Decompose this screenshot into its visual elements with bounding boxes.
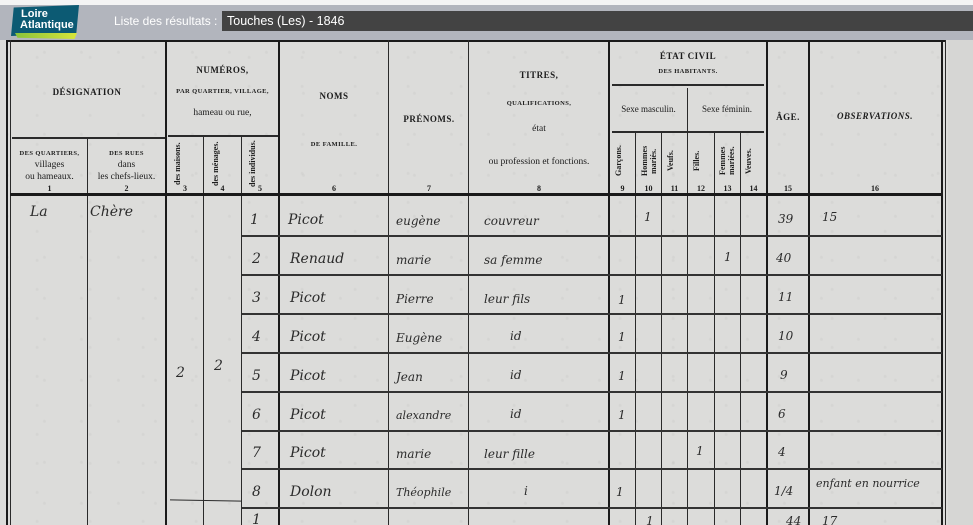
col-line <box>278 40 280 525</box>
col-line <box>87 139 88 525</box>
header-titres: TITRES, <box>470 70 608 80</box>
header-des-quartiers: DES QUARTIERS, <box>12 150 87 157</box>
cell-titre: id <box>510 407 522 421</box>
cell-age: 39 <box>778 212 793 226</box>
col-number: 9 <box>610 184 635 193</box>
col-number: 1 <box>12 184 87 193</box>
brace-line <box>12 137 165 139</box>
cell-observation: 15 <box>822 210 837 224</box>
logo-text-line2: Atlantique <box>20 20 74 31</box>
row-rule <box>242 313 942 315</box>
cell-homme-marie: 1 <box>646 514 654 525</box>
cell-individu-no: 6 <box>252 407 261 423</box>
cell-maison-no: 2 <box>176 365 185 381</box>
cell-garcon: 1 <box>618 293 626 307</box>
brace-line <box>612 131 764 133</box>
cell-fille: 1 <box>696 444 704 458</box>
cell-garcon: 1 <box>618 369 626 383</box>
header-par-quartier: PAR QUARTIER, VILLAGE, <box>167 88 278 95</box>
logo-green-swoosh <box>15 33 77 39</box>
cell-prenom: Eugène <box>396 331 442 345</box>
brace-line <box>168 135 278 137</box>
row-rule <box>242 391 942 393</box>
header-individus: des individus. <box>248 140 272 188</box>
cell-nom: Dolon <box>290 484 332 500</box>
col-number: 5 <box>242 184 278 193</box>
col-number: 6 <box>280 184 388 193</box>
results-list-label: Liste des résultats : <box>114 14 217 28</box>
cell-individu-no: 1 <box>252 512 261 525</box>
header-chefs-lieux: les chefs-lieux. <box>88 172 165 182</box>
cell-nom: Picot <box>288 212 324 228</box>
cell-titre: id <box>510 329 522 343</box>
cell-age: 9 <box>780 368 788 382</box>
header-sexe-masculin: Sexe masculin. <box>610 104 687 114</box>
cell-femme-mariee: 1 <box>724 250 732 264</box>
header-garcons: Garçons. <box>614 136 632 186</box>
cell-age: 40 <box>776 251 791 265</box>
col-number: 16 <box>810 184 940 193</box>
brace-line <box>612 84 764 86</box>
cell-prenom: Pierre <box>396 292 434 306</box>
cell-nom: Picot <box>290 329 326 345</box>
header-etat-civil: ÉTAT CIVIL <box>610 51 766 61</box>
cell-garcon: 1 <box>618 330 626 344</box>
cell-menage-no: 2 <box>214 358 223 374</box>
row-rule <box>242 507 942 509</box>
cell-observation: 17 <box>822 514 837 525</box>
cell-quartier: La <box>30 204 48 220</box>
col-number: 14 <box>741 184 766 193</box>
header-veufs: Veufs. <box>666 136 684 186</box>
cell-prenom: Théophile <box>396 486 451 499</box>
header-maisons: des maisons. <box>173 140 197 188</box>
header-femmes-mariees: Femmes mariées. <box>718 136 736 186</box>
col-number: 2 <box>88 184 165 193</box>
col-line <box>687 88 688 525</box>
top-bar: Loire Atlantique Liste des résultats : T… <box>0 0 973 40</box>
header-dans: dans <box>88 160 165 170</box>
cell-individu-no: 8 <box>252 484 261 500</box>
header-prenoms: PRÉNOMS. <box>390 114 468 124</box>
cell-individu-no: 5 <box>252 368 261 384</box>
cell-nom: Picot <box>290 407 326 423</box>
cell-titre: sa femme <box>484 253 543 267</box>
cell-prenom: marie <box>396 447 431 461</box>
frame-top <box>8 40 946 42</box>
cell-titre: i <box>524 484 528 498</box>
row-rule <box>242 274 942 276</box>
header-age: ÂGE. <box>768 112 808 122</box>
header-veuves: Veuves. <box>744 136 762 186</box>
cell-titre: id <box>510 368 522 382</box>
header-sexe-feminin: Sexe féminin. <box>688 104 766 114</box>
cell-nom: Picot <box>290 290 326 306</box>
col-number: 15 <box>768 184 808 193</box>
header-hameau: hameau ou rue, <box>167 108 278 118</box>
cell-titre: leur fille <box>484 447 535 461</box>
col-number: 7 <box>390 184 468 193</box>
results-list-selector[interactable]: Touches (Les) - 1846 <box>222 11 973 31</box>
cell-age: 4 <box>778 445 786 459</box>
col-line <box>468 40 469 525</box>
col-number: 12 <box>688 184 714 193</box>
col-number: 4 <box>204 184 241 193</box>
frame-left <box>6 40 8 525</box>
row-rule <box>242 468 942 470</box>
page-margin <box>948 40 973 525</box>
header-des-rues: DES RUES <box>88 150 165 157</box>
header-filles: Filles. <box>692 136 710 186</box>
cell-nom: Picot <box>290 368 326 384</box>
cell-age: 6 <box>778 407 786 421</box>
header-etat: état <box>470 124 608 134</box>
frame-right <box>941 40 943 525</box>
cell-nom: Picot <box>290 445 326 461</box>
cell-garcon: 1 <box>616 485 624 499</box>
row-rule <box>242 352 942 354</box>
header-profession: ou profession et fonctions. <box>470 157 608 167</box>
col-number: 11 <box>662 184 687 193</box>
cell-prenom: marie <box>396 253 431 267</box>
header-qualifications: QUALIFICATIONS, <box>470 100 608 107</box>
cell-prenom: eugène <box>396 214 440 228</box>
header-villages: villages <box>12 160 87 170</box>
cell-age: 44 <box>786 514 801 525</box>
cell-observation: enfant en nourrice <box>816 477 920 490</box>
archive-viewer: Loire Atlantique Liste des résultats : T… <box>0 0 973 525</box>
header-noms: NOMS <box>280 91 388 101</box>
col-number: 3 <box>167 184 203 193</box>
loire-atlantique-logo[interactable]: Loire Atlantique <box>11 5 79 39</box>
cell-garcon: 1 <box>618 408 626 422</box>
col-line <box>388 40 389 525</box>
col-number: 10 <box>636 184 661 193</box>
col-number: 8 <box>470 184 608 193</box>
cell-individu-no: 1 <box>250 212 259 228</box>
cell-individu-no: 3 <box>252 290 261 306</box>
header-ou-hameaux: ou hameaux. <box>12 172 87 182</box>
top-strip <box>0 0 973 5</box>
col-number: 13 <box>715 184 740 193</box>
cell-titre: couvreur <box>484 214 539 228</box>
header-des-habitants: DES HABITANTS. <box>610 68 766 75</box>
row-rule <box>242 430 942 432</box>
house-separator-stroke <box>170 499 242 501</box>
frame-right-outer <box>945 40 946 525</box>
cell-individu-no: 7 <box>252 445 261 461</box>
cell-prenom: alexandre <box>396 409 451 422</box>
header-designation: DÉSIGNATION <box>12 87 162 97</box>
cell-titre: leur fils <box>484 292 530 306</box>
header-bottom-rule <box>10 193 941 196</box>
cell-prenom: Jean <box>396 370 423 384</box>
cell-nom: Renaud <box>290 251 344 267</box>
census-page-image[interactable]: DÉSIGNATION DES QUARTIERS, villages ou h… <box>0 40 973 525</box>
header-de-famille: DE FAMILLE. <box>280 141 388 148</box>
header-menages: des ménages. <box>211 140 235 188</box>
cell-age: 11 <box>778 290 793 304</box>
cell-homme-marie: 1 <box>644 210 652 224</box>
header-numeros: NUMÉROS, <box>167 65 278 75</box>
cell-individu-no: 4 <box>252 329 261 345</box>
header-hommes-maries: Hommes mariés. <box>640 136 658 186</box>
header-observations: OBSERVATIONS. <box>810 111 940 121</box>
frame-left-inner <box>10 40 11 525</box>
row-rule <box>242 235 942 237</box>
cell-individu-no: 2 <box>252 251 261 267</box>
cell-rue: Chère <box>90 204 133 220</box>
cell-age: 10 <box>778 329 793 343</box>
cell-age: 1/4 <box>774 484 793 498</box>
